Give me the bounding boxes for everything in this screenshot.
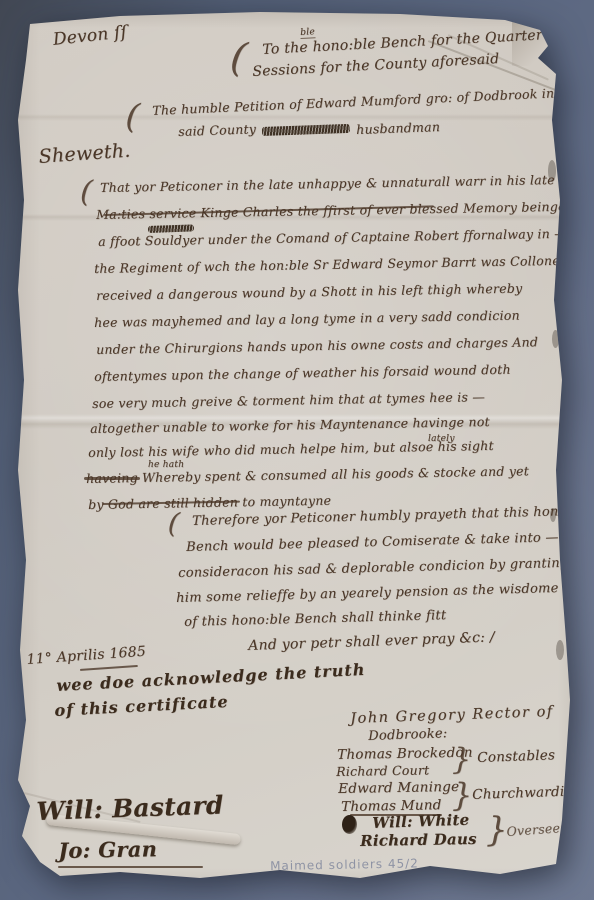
body-line: hee was mayhemed and lay a long tyme in … (94, 308, 520, 330)
group-label-overseers: Overseers (506, 819, 573, 839)
group-brace: } (452, 776, 473, 814)
interline-word-lately: lately (428, 434, 455, 444)
ink-underline (58, 866, 203, 868)
paper-wrapper: Devon ſſ ( To the hono:ble Bench for the… (0, 0, 594, 900)
date-line: 11° Aprilis 1685 (26, 644, 147, 668)
flourish-bracket: ( (124, 96, 142, 137)
body-line: That yor Peticoner in the late unhappye … (100, 172, 555, 195)
ink-blot (342, 815, 357, 834)
body-line: altogether unable to worke for his Maynt… (90, 414, 490, 436)
signature-justice: Will: Bastard (36, 790, 224, 826)
body-line: received a dangerous wound by a Shott in… (96, 281, 523, 303)
group-brace: } (486, 810, 508, 850)
certification-line-1: wee doe acknowledge the truth (56, 660, 366, 695)
signature-churchwarden: Edward Maninge (338, 779, 459, 797)
body-line: Ma:ties service Kinge Charles the ffirst… (96, 198, 594, 222)
group-brace: } (452, 742, 471, 777)
body-line: soe very much greive & torment him that … (92, 389, 485, 411)
body-line: oftentymes upon the change of weather hi… (94, 362, 511, 384)
ink-strike (84, 477, 140, 480)
flourish-bracket: ( (228, 34, 250, 82)
interline-words-he-hath: he hath (148, 460, 184, 470)
prayer-line: him some relieffe by an yearely pension … (176, 581, 559, 606)
superscript-abbreviation: ble (300, 27, 315, 39)
body-line: the Regiment of wch the hon:ble Sr Edwar… (94, 253, 569, 276)
petition-title-line-2-start: said County (178, 121, 256, 139)
flourish-bracket: ( (79, 174, 94, 210)
prayer-line: Bench would bee pleased to Comiserate & … (186, 530, 559, 555)
body-line: under the Chirurgions hands upon his own… (96, 334, 538, 357)
flourish-bracket: ( (167, 506, 182, 540)
prayer-line: of this hono:ble Bench shall thinke fitt (184, 608, 447, 630)
petition-title-line-2-end: husbandman (356, 119, 440, 137)
sheweth-heading: Sheweth. (38, 140, 131, 168)
prayer-closing: And yor petr shall ever pray &c: / (248, 629, 495, 654)
edge-nick (556, 640, 564, 660)
county-marker: Devon ſſ (52, 22, 128, 50)
edge-nick (552, 330, 559, 348)
prayer-line: consideracon his sad & deplorable condic… (178, 556, 577, 581)
group-label-churchwardens: Churchwardins (472, 783, 581, 803)
signature-overseer: Richard Daus (360, 830, 477, 850)
certification-line-2: of this certificate (54, 692, 229, 720)
signature-constable: Richard Court (336, 762, 430, 779)
group-label-constables: Constables (477, 747, 555, 766)
ink-underline (80, 665, 138, 671)
photo-of-manuscript: Devon ſſ ( To the hono:ble Bench for the… (0, 0, 594, 900)
petition-title-line-1: The humble Petition of Edward Mumford gr… (152, 84, 580, 118)
signature-rector: John Gregory Rector of (350, 704, 554, 727)
signature-overseer: Will: White (372, 811, 470, 832)
archive-reference-note: Maimed soldiers 45/2 (270, 856, 419, 873)
signature-rector-parish: Dodbrooke: (368, 726, 448, 744)
signature-justice: Jo: Gran (58, 836, 157, 863)
deleted-word-scribble (262, 124, 350, 136)
manuscript-page: Devon ſſ ( To the hono:ble Bench for the… (0, 0, 594, 900)
